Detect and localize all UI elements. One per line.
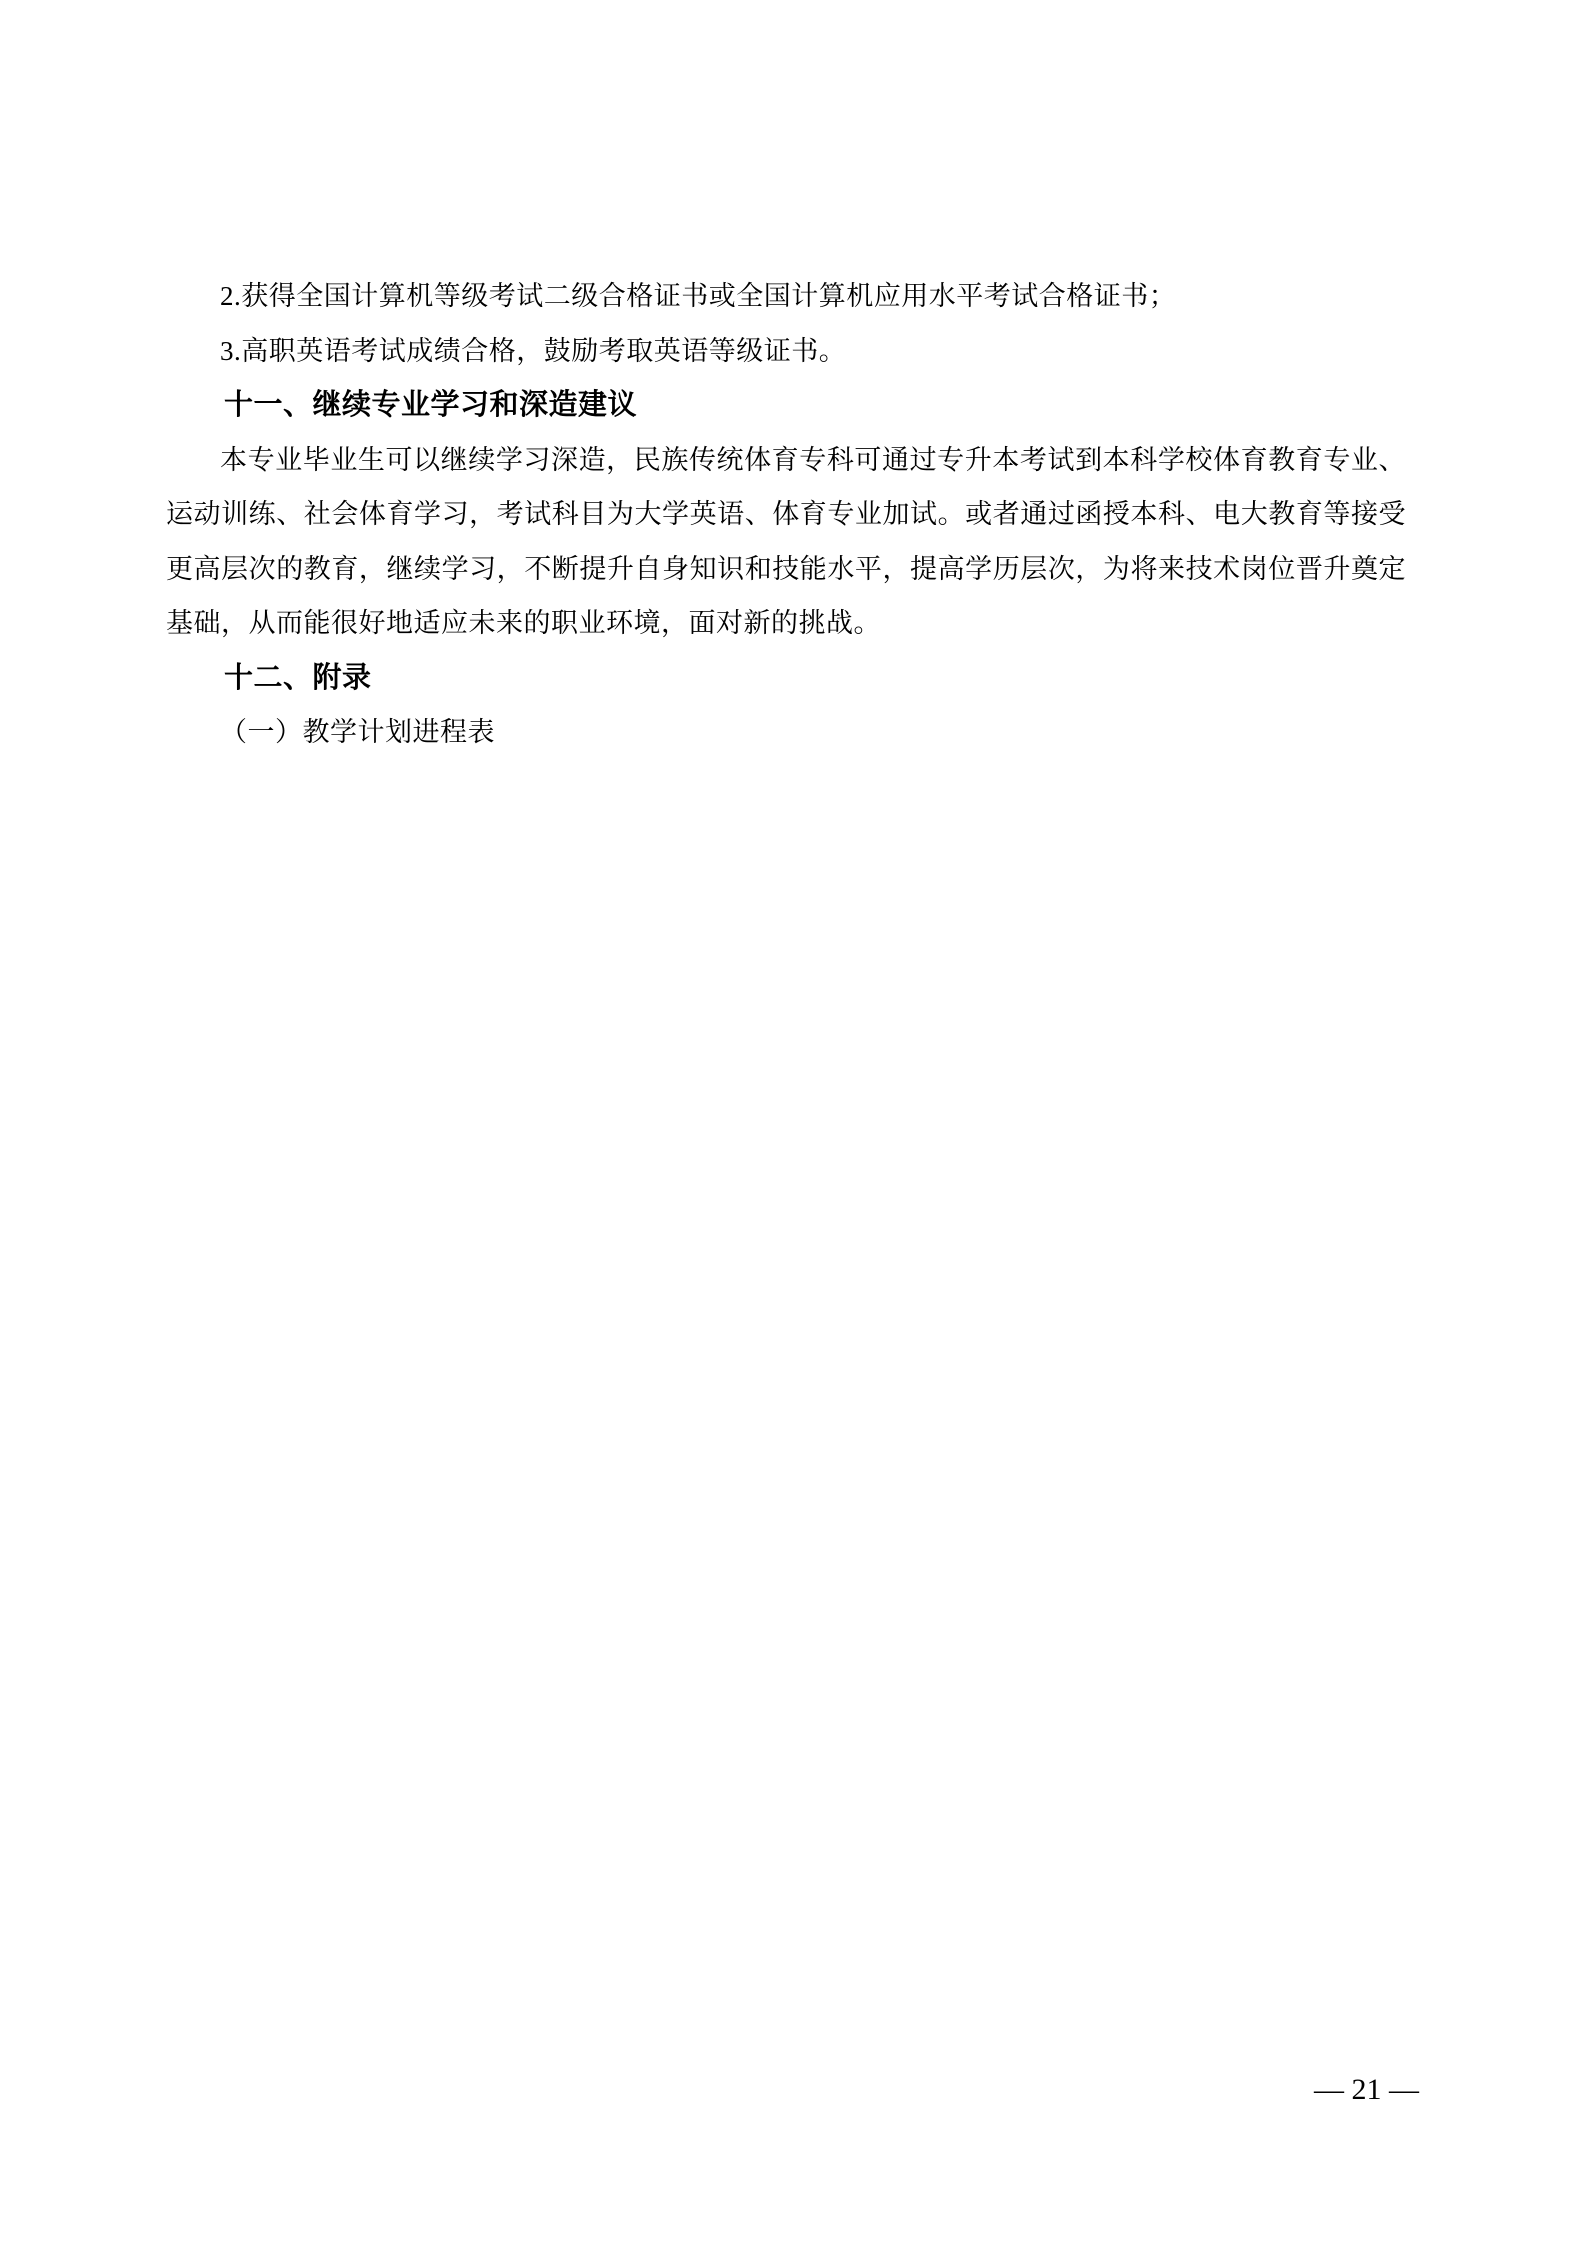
section-heading-11: 十一、继续专业学习和深造建议 — [166, 378, 1406, 433]
paragraph-line: 基础，从而能很好地适应未来的职业环境，面对新的挑战。 — [166, 596, 1406, 651]
list-item-3: 3.高职英语考试成绩合格，鼓励考取英语等级证书。 — [166, 324, 1406, 379]
appendix-subitem: （一）教学计划进程表 — [166, 705, 1406, 760]
text-block: 2.获得全国计算机等级考试二级合格证书或全国计算机应用水平考试合格证书； 3.高… — [166, 269, 1406, 760]
paragraph-line: 运动训练、社会体育学习，考试科目为大学英语、体育专业加试。或者通过函授本科、电大… — [166, 487, 1406, 542]
list-item-2: 2.获得全国计算机等级考试二级合格证书或全国计算机应用水平考试合格证书； — [166, 269, 1406, 324]
section-heading-12: 十二、附录 — [166, 651, 1406, 706]
document-page: 2.获得全国计算机等级考试二级合格证书或全国计算机应用水平考试合格证书； 3.高… — [0, 0, 1587, 2245]
paragraph-line: 本专业毕业生可以继续学习深造，民族传统体育专科可通过专升本考试到本科学校体育教育… — [166, 433, 1406, 488]
page-number: — 21 — — [1314, 2072, 1419, 2108]
paragraph-line: 更高层次的教育，继续学习，不断提升自身知识和技能水平，提高学历层次，为将来技术岗… — [166, 542, 1406, 597]
